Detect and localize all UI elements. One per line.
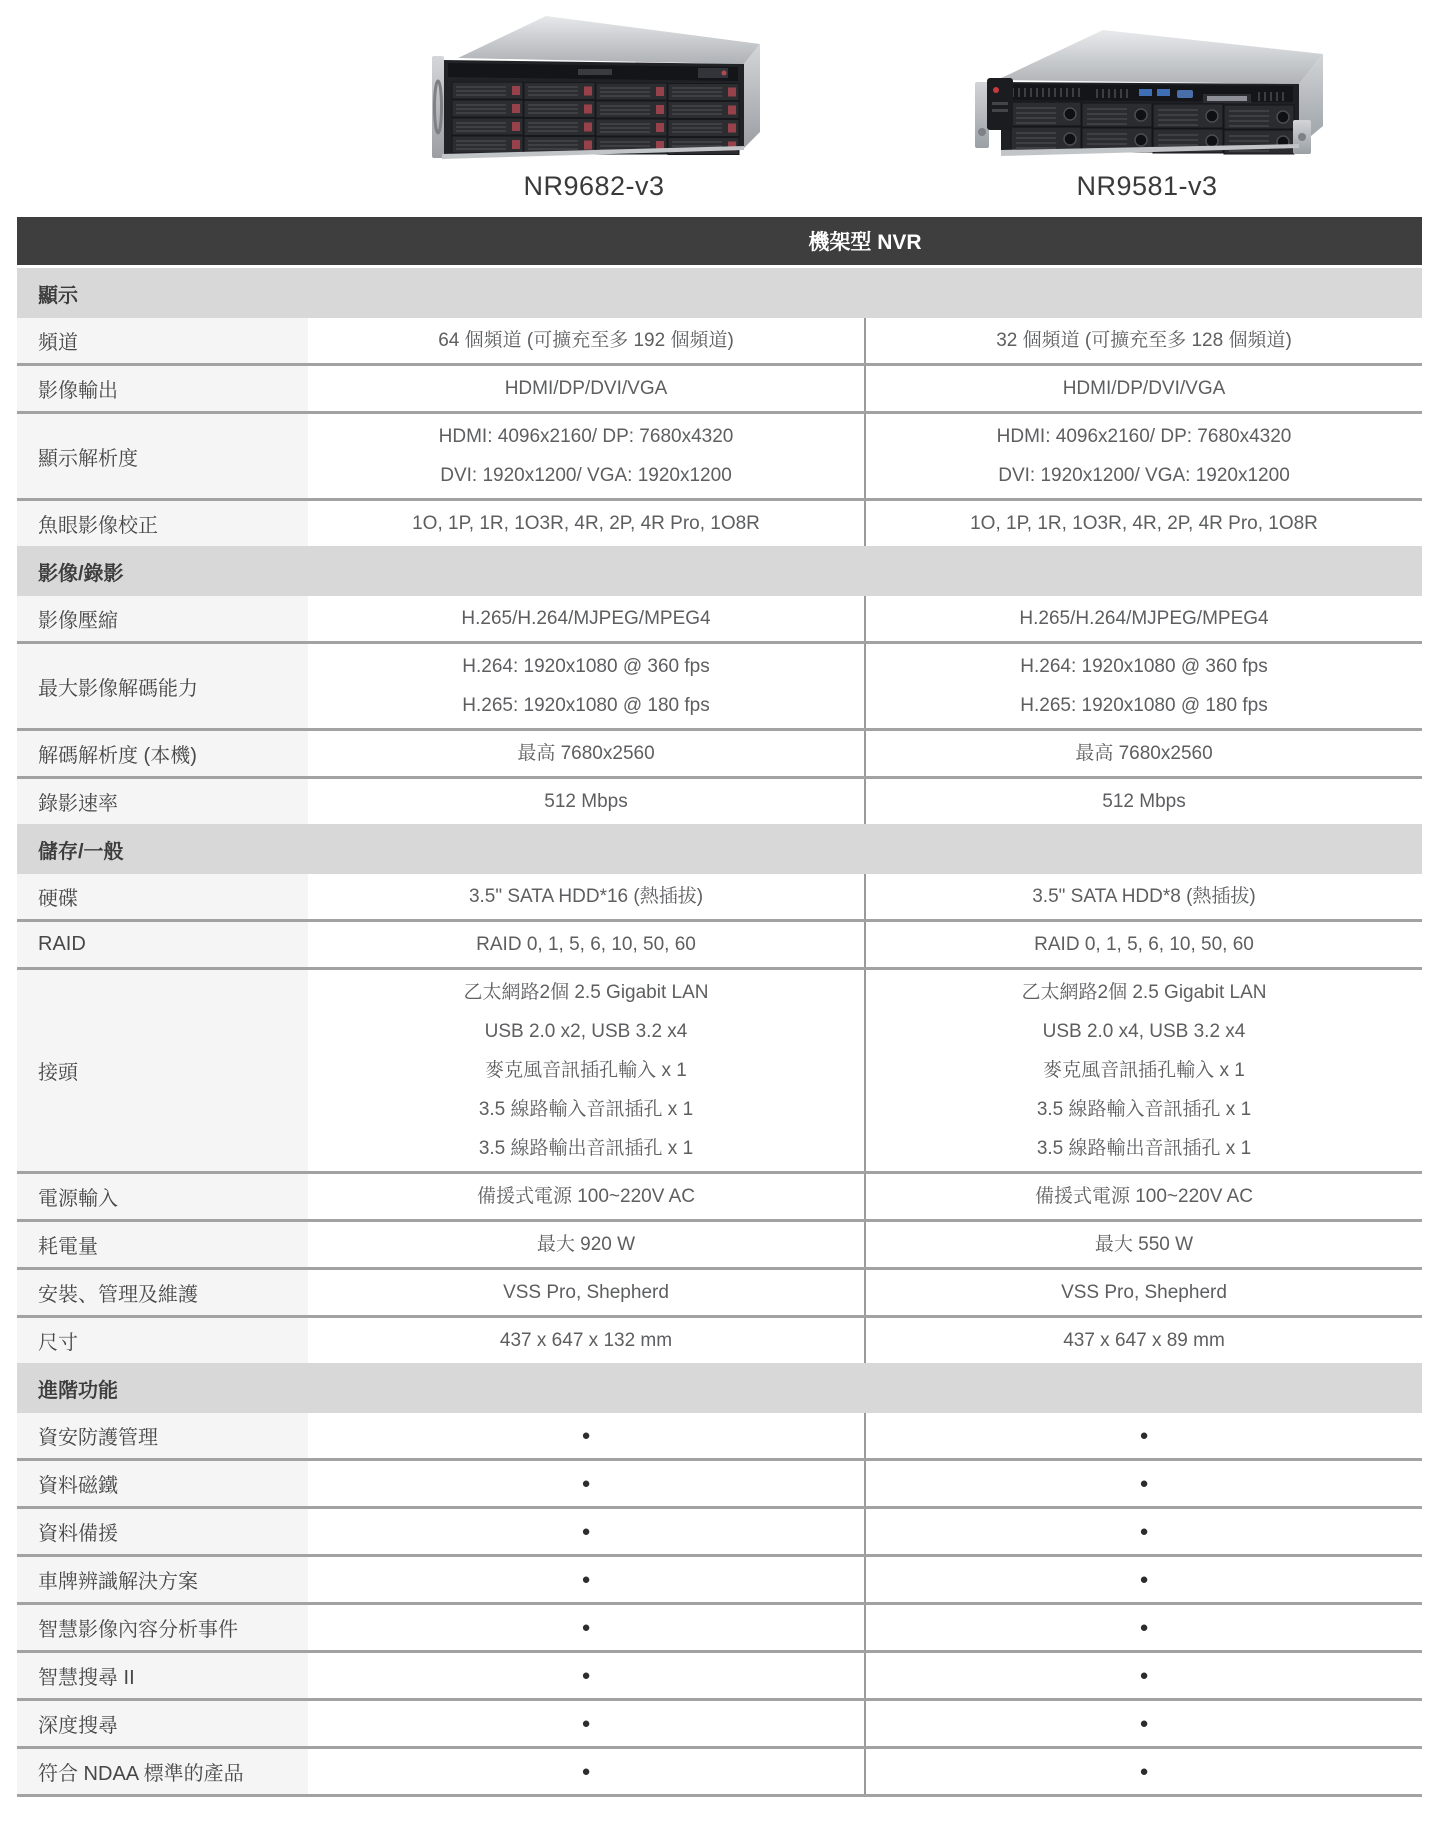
- product-model-label: NR9581-v3: [962, 172, 1332, 200]
- row-label: 資料磁鐵: [17, 1461, 308, 1506]
- row-label: 安裝、管理及維護: [17, 1270, 308, 1315]
- row-label: 硬碟: [17, 874, 308, 919]
- value-cell-nr9682: ●: [308, 1557, 864, 1602]
- feature-bullet-icon: ●: [866, 1512, 1422, 1551]
- value-line: DVI: 1920x1200/ VGA: 1920x1200: [866, 456, 1422, 495]
- value-line: 乙太網路2個 2.5 Gigabit LAN: [866, 973, 1422, 1012]
- value-line: H.264: 1920x1080 @ 360 fps: [866, 647, 1422, 686]
- row-label: 資安防護管理: [17, 1413, 308, 1458]
- value-cell-nr9682: HDMI: 4096x2160/ DP: 7680x4320DVI: 1920x…: [308, 414, 864, 498]
- spec-row: 耗電量最大 920 W最大 550 W: [17, 1219, 1422, 1267]
- spec-row: 資料磁鐵●●: [17, 1458, 1422, 1506]
- feature-bullet-icon: ●: [866, 1464, 1422, 1503]
- value-line: H.264: 1920x1080 @ 360 fps: [308, 647, 864, 686]
- value-cell-nr9682: ●: [308, 1509, 864, 1554]
- value-line: RAID 0, 1, 5, 6, 10, 50, 60: [308, 925, 864, 964]
- value-cell-nr9581: ●: [864, 1605, 1422, 1650]
- value-line: 32 個頻道 (可擴充至多 128 個頻道): [866, 321, 1422, 360]
- value-line: H.265/H.264/MJPEG/MPEG4: [866, 599, 1422, 638]
- value-line: 437 x 647 x 89 mm: [866, 1321, 1422, 1360]
- value-line: 1O, 1P, 1R, 1O3R, 4R, 2P, 4R Pro, 1O8R: [866, 504, 1422, 543]
- value-cell-nr9682: ●: [308, 1605, 864, 1650]
- product-model-label: NR9682-v3: [424, 172, 764, 200]
- spec-row: 硬碟3.5" SATA HDD*16 (熱插拔)3.5" SATA HDD*8 …: [17, 874, 1422, 919]
- value-cell-nr9682: VSS Pro, Shepherd: [308, 1270, 864, 1315]
- row-label: 智慧影像內容分析事件: [17, 1605, 308, 1650]
- row-label: 顯示解析度: [17, 414, 308, 498]
- row-label: 影像輸出: [17, 366, 308, 411]
- product-figure-nr9682: NR9682-v3: [424, 8, 764, 200]
- value-line: USB 2.0 x2, USB 3.2 x4: [308, 1012, 864, 1051]
- row-label: 影像壓縮: [17, 596, 308, 641]
- spec-row: 影像輸出HDMI/DP/DVI/VGAHDMI/DP/DVI/VGA: [17, 363, 1422, 411]
- value-line: HDMI: 4096x2160/ DP: 7680x4320: [866, 417, 1422, 456]
- spec-row: 顯示解析度HDMI: 4096x2160/ DP: 7680x4320DVI: …: [17, 411, 1422, 498]
- row-label: 尺寸: [17, 1318, 308, 1363]
- feature-bullet-icon: ●: [866, 1608, 1422, 1647]
- value-line: HDMI/DP/DVI/VGA: [308, 369, 864, 408]
- value-cell-nr9581: 1O, 1P, 1R, 1O3R, 4R, 2P, 4R Pro, 1O8R: [864, 501, 1422, 546]
- value-cell-nr9581: RAID 0, 1, 5, 6, 10, 50, 60: [864, 922, 1422, 967]
- spec-table: 機架型 NVR 顯示頻道64 個頻道 (可擴充至多 192 個頻道)32 個頻道…: [17, 217, 1422, 1797]
- spec-row: 魚眼影像校正1O, 1P, 1R, 1O3R, 4R, 2P, 4R Pro, …: [17, 498, 1422, 546]
- value-line: DVI: 1920x1200/ VGA: 1920x1200: [308, 456, 864, 495]
- value-cell-nr9581: H.264: 1920x1080 @ 360 fpsH.265: 1920x10…: [864, 644, 1422, 728]
- spec-row: 資安防護管理●●: [17, 1413, 1422, 1458]
- table-body: 顯示頻道64 個頻道 (可擴充至多 192 個頻道)32 個頻道 (可擴充至多 …: [17, 268, 1422, 1794]
- feature-bullet-icon: ●: [308, 1656, 864, 1695]
- feature-bullet-icon: ●: [866, 1704, 1422, 1743]
- spec-row: 符合 NDAA 標準的產品●●: [17, 1746, 1422, 1794]
- feature-bullet-icon: ●: [308, 1416, 864, 1455]
- value-line: 麥克風音訊插孔輸入 x 1: [308, 1051, 864, 1090]
- value-cell-nr9682: ●: [308, 1653, 864, 1698]
- value-cell-nr9682: ●: [308, 1413, 864, 1458]
- value-cell-nr9581: 最大 550 W: [864, 1222, 1422, 1267]
- value-line: 1O, 1P, 1R, 1O3R, 4R, 2P, 4R Pro, 1O8R: [308, 504, 864, 543]
- spec-row: 智慧搜尋 II●●: [17, 1650, 1422, 1698]
- value-line: H.265: 1920x1080 @ 180 fps: [308, 686, 864, 725]
- spec-row: 車牌辨識解決方案●●: [17, 1554, 1422, 1602]
- value-cell-nr9682: ●: [308, 1701, 864, 1746]
- table-title: 機架型 NVR: [17, 217, 1422, 265]
- spec-row: 影像壓縮H.265/H.264/MJPEG/MPEG4H.265/H.264/M…: [17, 596, 1422, 641]
- value-line: 3.5" SATA HDD*8 (熱插拔): [866, 877, 1422, 916]
- value-line: 最大 920 W: [308, 1225, 864, 1264]
- spec-row: 深度搜尋●●: [17, 1698, 1422, 1746]
- value-cell-nr9581: ●: [864, 1461, 1422, 1506]
- section-heading: 顯示: [17, 268, 1422, 318]
- value-cell-nr9581: 備援式電源 100~220V AC: [864, 1174, 1422, 1219]
- spec-row: 頻道64 個頻道 (可擴充至多 192 個頻道)32 個頻道 (可擴充至多 12…: [17, 318, 1422, 363]
- value-line: 3.5 線路輸入音訊插孔 x 1: [866, 1090, 1422, 1129]
- feature-bullet-icon: ●: [308, 1608, 864, 1647]
- row-label: 魚眼影像校正: [17, 501, 308, 546]
- feature-bullet-icon: ●: [866, 1560, 1422, 1599]
- row-label: 車牌辨識解決方案: [17, 1557, 308, 1602]
- value-line: 64 個頻道 (可擴充至多 192 個頻道): [308, 321, 864, 360]
- value-cell-nr9581: 512 Mbps: [864, 779, 1422, 824]
- feature-bullet-icon: ●: [308, 1752, 864, 1791]
- value-cell-nr9682: 437 x 647 x 132 mm: [308, 1318, 864, 1363]
- row-label: 接頭: [17, 970, 308, 1171]
- row-label: 最大影像解碼能力: [17, 644, 308, 728]
- value-cell-nr9581: 32 個頻道 (可擴充至多 128 個頻道): [864, 318, 1422, 363]
- section-heading: 進階功能: [17, 1363, 1422, 1413]
- spec-row: RAIDRAID 0, 1, 5, 6, 10, 50, 60RAID 0, 1…: [17, 919, 1422, 967]
- value-line: VSS Pro, Shepherd: [866, 1273, 1422, 1312]
- spec-row: 資料備援●●: [17, 1506, 1422, 1554]
- row-label: 深度搜尋: [17, 1701, 308, 1746]
- spec-row: 尺寸437 x 647 x 132 mm437 x 647 x 89 mm: [17, 1315, 1422, 1363]
- section-heading: 儲存/一般: [17, 824, 1422, 874]
- row-label: 智慧搜尋 II: [17, 1653, 308, 1698]
- value-cell-nr9581: HDMI: 4096x2160/ DP: 7680x4320DVI: 1920x…: [864, 414, 1422, 498]
- value-cell-nr9581: ●: [864, 1749, 1422, 1794]
- section-heading: 影像/錄影: [17, 546, 1422, 596]
- value-line: HDMI/DP/DVI/VGA: [866, 369, 1422, 408]
- value-cell-nr9682: 3.5" SATA HDD*16 (熱插拔): [308, 874, 864, 919]
- value-line: 3.5 線路輸入音訊插孔 x 1: [308, 1090, 864, 1129]
- value-cell-nr9682: H.264: 1920x1080 @ 360 fpsH.265: 1920x10…: [308, 644, 864, 728]
- feature-bullet-icon: ●: [866, 1416, 1422, 1455]
- value-cell-nr9682: HDMI/DP/DVI/VGA: [308, 366, 864, 411]
- feature-bullet-icon: ●: [866, 1752, 1422, 1791]
- value-cell-nr9682: 1O, 1P, 1R, 1O3R, 4R, 2P, 4R Pro, 1O8R: [308, 501, 864, 546]
- value-cell-nr9581: ●: [864, 1653, 1422, 1698]
- value-cell-nr9581: ●: [864, 1701, 1422, 1746]
- value-cell-nr9682: 最大 920 W: [308, 1222, 864, 1267]
- value-line: 3.5 線路輸出音訊插孔 x 1: [308, 1129, 864, 1168]
- value-cell-nr9581: 乙太網路2個 2.5 Gigabit LANUSB 2.0 x4, USB 3.…: [864, 970, 1422, 1171]
- row-label: 解碼解析度 (本機): [17, 731, 308, 776]
- value-line: 最高 7680x2560: [866, 734, 1422, 773]
- value-cell-nr9682: RAID 0, 1, 5, 6, 10, 50, 60: [308, 922, 864, 967]
- spec-row: 最大影像解碼能力H.264: 1920x1080 @ 360 fpsH.265:…: [17, 641, 1422, 728]
- value-cell-nr9682: ●: [308, 1749, 864, 1794]
- product-figure-nr9581: NR9581-v3: [962, 8, 1332, 200]
- value-line: 512 Mbps: [308, 782, 864, 821]
- value-line: 最高 7680x2560: [308, 734, 864, 773]
- product-image-nr9581-icon: [971, 20, 1323, 160]
- value-line: 3.5" SATA HDD*16 (熱插拔): [308, 877, 864, 916]
- value-cell-nr9682: 512 Mbps: [308, 779, 864, 824]
- value-line: H.265/H.264/MJPEG/MPEG4: [308, 599, 864, 638]
- value-cell-nr9581: ●: [864, 1557, 1422, 1602]
- value-line: RAID 0, 1, 5, 6, 10, 50, 60: [866, 925, 1422, 964]
- spec-row: 解碼解析度 (本機)最高 7680x2560最高 7680x2560: [17, 728, 1422, 776]
- value-cell-nr9581: 最高 7680x2560: [864, 731, 1422, 776]
- value-cell-nr9581: ●: [864, 1413, 1422, 1458]
- value-cell-nr9682: 64 個頻道 (可擴充至多 192 個頻道): [308, 318, 864, 363]
- value-line: 備援式電源 100~220V AC: [308, 1177, 864, 1216]
- value-line: H.265: 1920x1080 @ 180 fps: [866, 686, 1422, 725]
- page: NR9682-v3: [0, 0, 1440, 1824]
- value-cell-nr9581: H.265/H.264/MJPEG/MPEG4: [864, 596, 1422, 641]
- value-cell-nr9682: ●: [308, 1461, 864, 1506]
- feature-bullet-icon: ●: [308, 1560, 864, 1599]
- product-image-nr9682-icon: [428, 8, 760, 160]
- value-cell-nr9682: 最高 7680x2560: [308, 731, 864, 776]
- row-label: 耗電量: [17, 1222, 308, 1267]
- row-label: 錄影速率: [17, 779, 308, 824]
- value-line: 乙太網路2個 2.5 Gigabit LAN: [308, 973, 864, 1012]
- value-cell-nr9581: ●: [864, 1509, 1422, 1554]
- feature-bullet-icon: ●: [308, 1464, 864, 1503]
- value-cell-nr9581: VSS Pro, Shepherd: [864, 1270, 1422, 1315]
- spec-row: 錄影速率512 Mbps512 Mbps: [17, 776, 1422, 824]
- spec-row: 接頭乙太網路2個 2.5 Gigabit LANUSB 2.0 x2, USB …: [17, 967, 1422, 1171]
- row-label: 資料備援: [17, 1509, 308, 1554]
- value-cell-nr9682: H.265/H.264/MJPEG/MPEG4: [308, 596, 864, 641]
- feature-bullet-icon: ●: [866, 1656, 1422, 1695]
- value-cell-nr9682: 備援式電源 100~220V AC: [308, 1174, 864, 1219]
- value-cell-nr9682: 乙太網路2個 2.5 Gigabit LANUSB 2.0 x2, USB 3.…: [308, 970, 864, 1171]
- row-label: RAID: [17, 922, 308, 967]
- value-line: 512 Mbps: [866, 782, 1422, 821]
- value-line: 3.5 線路輸出音訊插孔 x 1: [866, 1129, 1422, 1168]
- value-line: USB 2.0 x4, USB 3.2 x4: [866, 1012, 1422, 1051]
- value-line: 最大 550 W: [866, 1225, 1422, 1264]
- feature-bullet-icon: ●: [308, 1512, 864, 1551]
- value-cell-nr9581: 3.5" SATA HDD*8 (熱插拔): [864, 874, 1422, 919]
- spec-row: 電源輸入備援式電源 100~220V AC備援式電源 100~220V AC: [17, 1171, 1422, 1219]
- value-line: VSS Pro, Shepherd: [308, 1273, 864, 1312]
- value-cell-nr9581: HDMI/DP/DVI/VGA: [864, 366, 1422, 411]
- value-cell-nr9581: 437 x 647 x 89 mm: [864, 1318, 1422, 1363]
- value-line: 437 x 647 x 132 mm: [308, 1321, 864, 1360]
- value-line: 備援式電源 100~220V AC: [866, 1177, 1422, 1216]
- row-label: 頻道: [17, 318, 308, 363]
- row-label: 電源輸入: [17, 1174, 308, 1219]
- spec-row: 智慧影像內容分析事件●●: [17, 1602, 1422, 1650]
- value-line: HDMI: 4096x2160/ DP: 7680x4320: [308, 417, 864, 456]
- feature-bullet-icon: ●: [308, 1704, 864, 1743]
- value-line: 麥克風音訊插孔輸入 x 1: [866, 1051, 1422, 1090]
- spec-row: 安裝、管理及維護VSS Pro, ShepherdVSS Pro, Shephe…: [17, 1267, 1422, 1315]
- row-label: 符合 NDAA 標準的產品: [17, 1749, 308, 1794]
